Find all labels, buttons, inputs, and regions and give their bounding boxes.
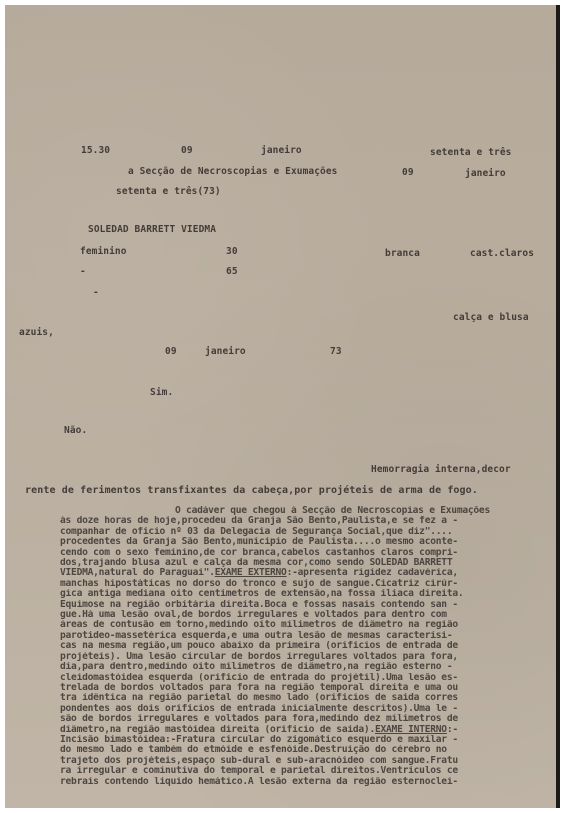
field-local: a Secção de Necroscopias e Exumações (128, 166, 338, 177)
field-mes-2: janeiro (465, 168, 506, 179)
field-dash-1: - (80, 266, 86, 277)
field-cabelos: cast.claros (470, 248, 534, 259)
historico-line: ra irregular e cominutiva do temporal e … (60, 766, 550, 776)
historico-text: :- (447, 725, 458, 735)
historico-line: gica antiga mediana oito centímetros de … (60, 589, 550, 599)
historico-line: gue.Há uma lesão oval,de bordos irregula… (60, 610, 550, 620)
historico-line: pondentes aos dois orifícios de entrada … (60, 704, 550, 714)
historico-line: companhar de ofício nº 03 da Delegacia d… (60, 527, 550, 537)
field-dia: 09 (181, 145, 193, 156)
field-nao: Não. (64, 425, 87, 436)
field-ano-extenso: setenta e três (430, 147, 511, 158)
historico-line: cleidomastóidea esquerda (orifício de en… (60, 673, 550, 683)
field-vestes-1: calça e blusa (453, 312, 529, 323)
field-dash-2: - (93, 287, 99, 298)
page-edge-shadow (556, 5, 560, 808)
historico-line: procedentes da Granja São Bento,municípi… (60, 537, 550, 547)
field-cor: branca (385, 248, 420, 259)
historico-line: Equimose na região orbitária direita.Boc… (60, 600, 550, 610)
field-obito-dia: 09 (165, 346, 177, 357)
historico-line: trajeto dos projéteis,espaço sub-dural e… (60, 756, 550, 766)
field-vestes-2: azuis, (19, 327, 54, 338)
historico-line: Incisão bimastóidea:-Fratura circular do… (60, 735, 550, 745)
historico-line: do mesmo lado e também do etmóide e esfe… (60, 745, 550, 755)
historico-text: :-apresenta rigidez cadavérica, (287, 568, 458, 578)
field-obito-mes: janeiro (205, 346, 246, 357)
field-causa-1: Hemorragia interna,decor (371, 464, 511, 475)
historico-text: diâmetro,na região mastóidea direita (or… (60, 725, 375, 735)
historico-line: trelada de bordos voltados para fora na … (60, 683, 550, 693)
historico-line: tra idêntica na região parietal do mesmo… (60, 693, 550, 703)
field-causa-2: rente de ferimentos transfixantes da cab… (25, 485, 478, 496)
historico-line: projéteis). Uma lesão circular de bordos… (60, 652, 550, 662)
field-idade: 30 (226, 246, 238, 257)
section-heading-underlined: EXAME EXTERNO (215, 568, 287, 578)
section-heading-underlined: EXAME INTERNO (375, 725, 447, 735)
field-mes: janeiro (261, 145, 302, 156)
field-sim: Sim. (150, 387, 173, 398)
historico-line: rebrais contendo líquido hemático.A lesã… (60, 777, 550, 787)
historico-line: manchas hipostáticas no dorso do tronco … (60, 579, 550, 589)
historico-line: parotídeo-massetérica esquerda,e uma out… (60, 631, 550, 641)
field-sexo: feminino (80, 246, 127, 257)
historico-block: O cadáver que chegou à Secção de Necrosc… (60, 506, 550, 787)
field-nome: SOLEDAD BARRETT VIEDMA (88, 224, 216, 235)
historico-line: diâmetro,na região mastóidea direita (or… (60, 725, 550, 735)
historico-text: VIEDMA,natural do Paraguai". (60, 568, 215, 578)
field-ano-2: setenta e três(73) (116, 186, 221, 197)
historico-line: cendo com o sexo feminino,de cor branca,… (60, 548, 550, 558)
historico-line: dia,para dentro,medindo oito milímetros … (60, 662, 550, 672)
historico-line: áreas de contusão em torno,medindo oito … (60, 620, 550, 630)
historico-line: O cadáver que chegou à Secção de Necrosc… (60, 506, 550, 516)
historico-line: dos,trajando blusa azul e calça da mesma… (60, 558, 550, 568)
field-altura: 65 (226, 266, 238, 277)
field-obito-ano: 73 (330, 346, 342, 357)
field-hora: 15.30 (81, 145, 110, 156)
historico-line: cas na mesma região,um pouco abaixo da p… (60, 641, 550, 651)
historico-line: VIEDMA,natural do Paraguai".EXAME EXTERN… (60, 568, 550, 578)
field-dia-2: 09 (402, 167, 414, 178)
historico-line: às doze horas de hoje,procedeu da Granja… (60, 516, 550, 526)
historico-line: são de bordos irregulares e voltados par… (60, 714, 550, 724)
